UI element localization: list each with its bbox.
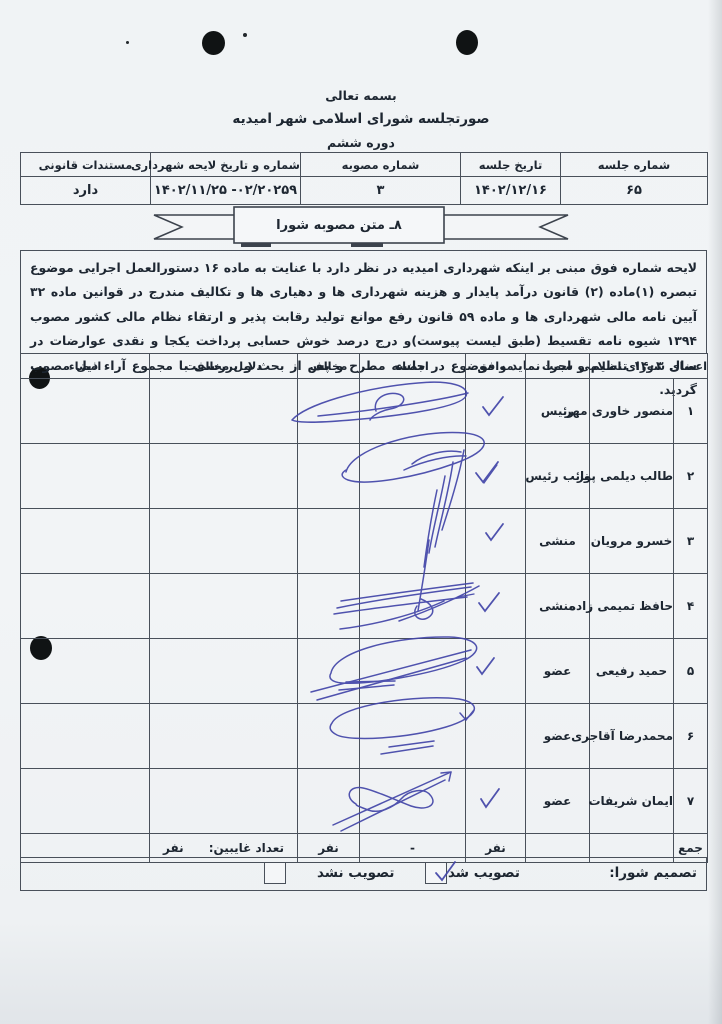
- document-title: صورتجلسه شورای اسلامی شهر امیدیه: [0, 111, 722, 127]
- approved-checkbox: [425, 862, 447, 884]
- info-value-legal-docs: دارد: [21, 177, 151, 205]
- col-header-disagree: مخالف: [298, 354, 360, 379]
- signature-cell: [360, 509, 466, 574]
- info-value-bill-no-date: ۱۴۰۲/۱۱/۲۵ -۰۲/۲۰۲۵۹: [151, 177, 301, 205]
- info-value-resolution-no: ۳: [301, 177, 461, 205]
- disagree-cell: [298, 444, 360, 509]
- disagree-reason-cell: [150, 509, 298, 574]
- member-row-5: ۵ حمید رفیعی عضو: [21, 639, 708, 704]
- decision-bar: تصمیم شورا: تصویب شد تصویب نشد: [20, 857, 707, 891]
- scan-edge-shadow: [708, 0, 722, 1024]
- decision-label: تصمیم شورا:: [609, 865, 697, 881]
- disagree-cell: [298, 509, 360, 574]
- member-position: عضو: [526, 769, 590, 834]
- info-header-legal-docs: مستندات قانونی: [21, 153, 151, 177]
- banner-label: ۸ـ متن مصوبه شورا: [234, 208, 444, 242]
- disagree-cell: [298, 704, 360, 769]
- agree-cell: [466, 639, 526, 704]
- col-header-disagree-reasons: دلایل مخالفت: [150, 354, 298, 379]
- member-row-6: ۶ محمدرضا آقاجری عضو: [21, 704, 708, 769]
- disagree-reason-cell: [150, 769, 298, 834]
- signature-cell: [360, 444, 466, 509]
- signature2-cell: [21, 574, 150, 639]
- member-row-1: ۱ منصور خاوری مهر رئیس: [21, 379, 708, 444]
- punch-hole-top-right: [456, 30, 478, 55]
- signature-cell: [360, 639, 466, 704]
- row-number: ۳: [674, 509, 708, 574]
- member-position: نائب رئیس: [526, 444, 590, 509]
- member-row-3: ۳ خسرو مرویان منشی: [21, 509, 708, 574]
- info-header-session-date: تاریخ جلسه: [461, 153, 561, 177]
- approved-label: تصویب شد: [448, 865, 520, 881]
- rejected-label: تصویب نشد: [317, 865, 395, 881]
- agree-cell: [466, 704, 526, 769]
- info-header-session-no: شماره جلسه: [561, 153, 708, 177]
- signature-cell: [360, 574, 466, 639]
- row-number: ۴: [674, 574, 708, 639]
- signature-cell: [360, 704, 466, 769]
- punch-hole-top-left: [202, 31, 225, 55]
- col-header-members: اعضای شورای اسلامی: [590, 354, 708, 379]
- disagree-reason-cell: [150, 379, 298, 444]
- member-position: منشی: [526, 509, 590, 574]
- agree-cell: [466, 574, 526, 639]
- resolution-banner: ۸ـ متن مصوبه شورا: [146, 205, 576, 253]
- col-header-signature-2: امضاء: [21, 354, 150, 379]
- header-bismillah: بسمه تعالی: [0, 88, 722, 103]
- signature-cell: [360, 769, 466, 834]
- disagree-reason-cell: [150, 704, 298, 769]
- member-name: منصور خاوری مهر: [590, 379, 674, 444]
- info-value-session-no: ۶۵: [561, 177, 708, 205]
- info-header-bill-no-date: شماره و تاریخ لایحه شهرداری: [151, 153, 301, 177]
- member-position: عضو: [526, 639, 590, 704]
- col-header-agree: موافق: [466, 354, 526, 379]
- member-name: حمید رفیعی: [590, 639, 674, 704]
- rejected-checkbox: [264, 862, 286, 884]
- member-name: طالب دیلمی پور: [590, 444, 674, 509]
- member-name: ایمان شریفات: [590, 769, 674, 834]
- signature2-cell: [21, 509, 150, 574]
- member-row-7: ۷ ایمان شریفات عضو: [21, 769, 708, 834]
- signature2-cell: [21, 444, 150, 509]
- agree-cell: [466, 509, 526, 574]
- row-number: ۲: [674, 444, 708, 509]
- disagree-reason-cell: [150, 444, 298, 509]
- agree-cell: [466, 379, 526, 444]
- row-number: ۷: [674, 769, 708, 834]
- info-header-resolution-no: شماره مصوبه: [301, 153, 461, 177]
- ink-speck: [243, 33, 247, 37]
- member-name: حافظ تمیمی زاده: [590, 574, 674, 639]
- vote-table-header-row: اعضای شورای اسلامی سمت موافق امضاء مخالف…: [21, 354, 708, 379]
- signature2-cell: [21, 704, 150, 769]
- row-number: ۱: [674, 379, 708, 444]
- member-row-4: ۴ حافظ تمیمی زاده منشی: [21, 574, 708, 639]
- agree-cell: [466, 444, 526, 509]
- col-header-signature: امضاء: [360, 354, 466, 379]
- session-info-table: شماره جلسه تاریخ جلسه شماره مصوبه شماره …: [20, 152, 708, 205]
- agree-cell: [466, 769, 526, 834]
- disagree-reason-cell: [150, 574, 298, 639]
- ink-speck: [126, 41, 129, 44]
- member-row-2: ۲ طالب دیلمی پور نائب رئیس: [21, 444, 708, 509]
- signature2-cell: [21, 639, 150, 704]
- document-term: دوره ششم: [0, 135, 722, 150]
- disagree-cell: [298, 574, 360, 639]
- row-number: ۵: [674, 639, 708, 704]
- row-number: ۶: [674, 704, 708, 769]
- member-name: خسرو مرویان: [590, 509, 674, 574]
- disagree-reason-cell: [150, 639, 298, 704]
- signature-cell: [360, 379, 466, 444]
- vote-table: اعضای شورای اسلامی سمت موافق امضاء مخالف…: [20, 353, 708, 863]
- disagree-cell: [298, 769, 360, 834]
- resolution-text: لایحه شماره فوق مبنی بر اینکه شهرداری ام…: [20, 250, 707, 354]
- signature2-cell: [21, 379, 150, 444]
- member-name: محمدرضا آقاجری: [590, 704, 674, 769]
- info-value-session-date: ۱۴۰۲/۱۲/۱۶: [461, 177, 561, 205]
- disagree-cell: [298, 379, 360, 444]
- signature2-cell: [21, 769, 150, 834]
- disagree-cell: [298, 639, 360, 704]
